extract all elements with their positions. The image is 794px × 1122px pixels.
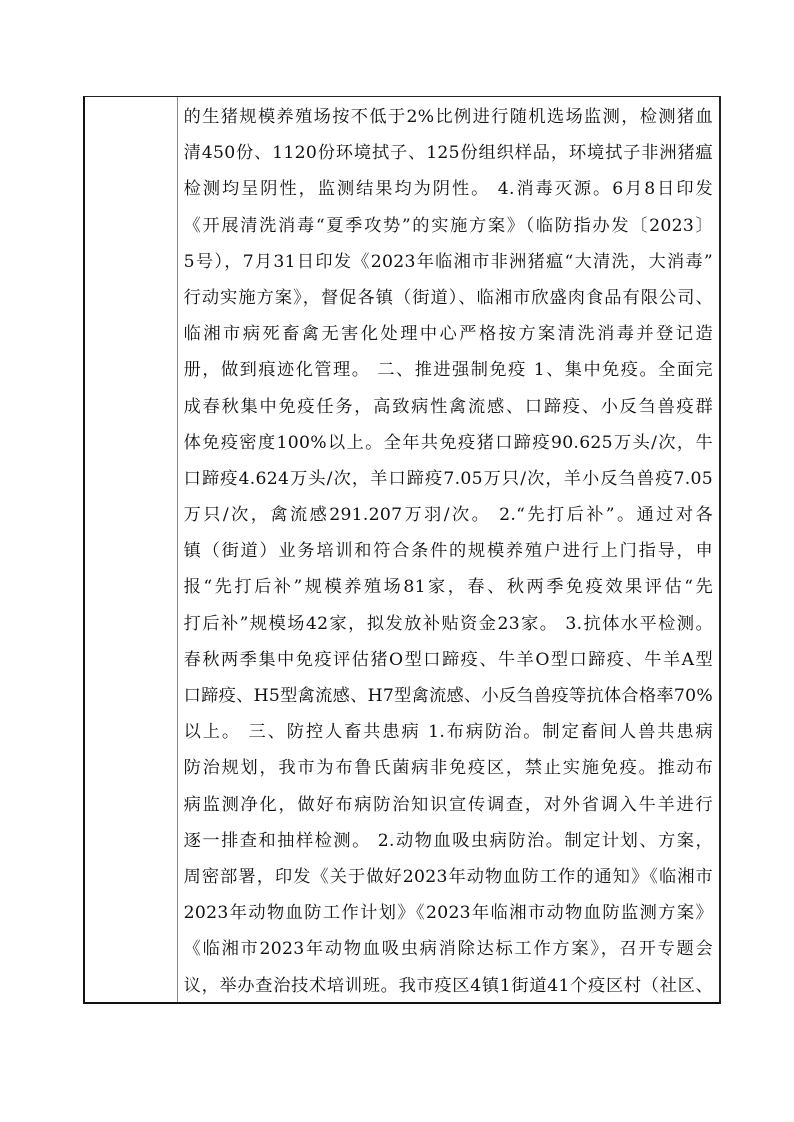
text-line: 体免疫密度100%以上。全年共免疫猪口蹄疫90.625万头/次，牛	[184, 425, 713, 461]
text-line: 口蹄疫、H5型禽流感、H7型禽流感、小反刍兽疫等抗体合格率70%	[184, 678, 713, 714]
text-line: 病监测净化，做好布病防治知识宣传调查，对外省调入牛羊进行	[184, 787, 713, 823]
text-line: 册，做到痕迹化管理。 二、推进强制免疫 1、集中免疫。全面完	[184, 352, 713, 388]
text-line: 周密部署，印发《关于做好2023年动物血防工作的通知》《临湘市	[184, 859, 713, 895]
text-line: 清450份、1120份环境拭子、125份组织样品，环境拭子非洲猪瘟	[184, 135, 713, 171]
text-line: 临湘市病死畜禽无害化处理中心严格按方案清洗消毒并登记造	[184, 316, 713, 352]
text-line: 《开展清洗消毒“夏季攻势”的实施方案》（临防指办发〔2023〕	[184, 208, 713, 244]
text-line: 报“先打后补”规模养殖场81家，春、秋两季免疫效果评估“先	[184, 569, 713, 605]
text-line: 防治规划，我市为布鲁氏菌病非免疫区，禁止实施免疫。推动布	[184, 750, 713, 786]
text-line: 口蹄疫4.624万头/次，羊口蹄疫7.05万只/次，羊小反刍兽疫7.05	[184, 461, 713, 497]
text-line: 5号），7月31日印发《2023年临湘市非洲猪瘟“大清洗，大消毒”	[184, 244, 713, 280]
table-content-cell: 的生猪规模养殖场按不低于2%比例进行随机选场监测，检测猪血 清450份、1120…	[178, 97, 719, 1002]
text-line: 《临湘市2023年动物血吸虫病消除达标工作方案》，召开专题会	[184, 931, 713, 967]
text-line: 检测均呈阴性，监测结果均为阴性。 4.消毒灭源。6月8日印发	[184, 171, 713, 207]
text-line: 2023年动物血防工作计划》《2023年临湘市动物血防监测方案》	[184, 895, 713, 931]
text-line: 的生猪规模养殖场按不低于2%比例进行随机选场监测，检测猪血	[184, 99, 713, 135]
content-table: 的生猪规模养殖场按不低于2%比例进行随机选场监测，检测猪血 清450份、1120…	[83, 96, 721, 1004]
text-line: 以上。 三、防控人畜共患病 1.布病防治。制定畜间人兽共患病	[184, 714, 713, 750]
table-label-cell	[85, 97, 178, 1002]
text-line: 行动实施方案》，督促各镇（街道）、临湘市欣盛肉食品有限公司、	[184, 280, 713, 316]
text-line: 成春秋集中免疫任务，高致病性禽流感、口蹄疫、小反刍兽疫群	[184, 389, 713, 425]
text-line: 镇（街道）业务培训和符合条件的规模养殖户进行上门指导，申	[184, 533, 713, 569]
text-line: 逐一排查和抽样检测。 2.动物血吸虫病防治。制定计划、方案，	[184, 823, 713, 859]
text-line: 万只/次，禽流感291.207万羽/次。 2.“先打后补”。通过对各	[184, 497, 713, 533]
text-line: 议，举办查治技术培训班。我市疫区4镇1街道41个疫区村（社区、	[184, 968, 713, 1004]
text-line: 打后补”规模场42家，拟发放补贴资金23家。 3.抗体水平检测。	[184, 606, 713, 642]
text-line: 春秋两季集中免疫评估猪O型口蹄疫、牛羊O型口蹄疫、牛羊A型	[184, 642, 713, 678]
